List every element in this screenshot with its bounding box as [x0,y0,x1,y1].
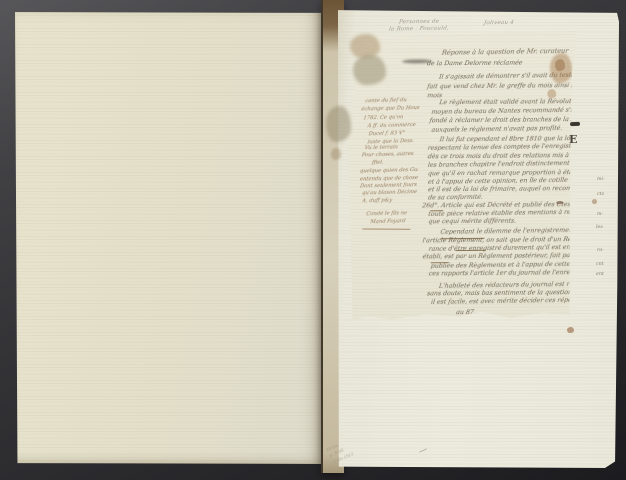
pencil-annotation: Joliveau 4 [483,20,514,27]
foxing-stain [326,106,351,142]
pencil-annotation: la Rome . Foucauld, [388,25,449,32]
text-fragment: les [596,225,603,230]
manuscript-line: et il est de la loi de frimaire, auquel … [428,185,594,193]
margin-note: ffiel. [371,160,384,166]
margin-note: 1782. Ce qu'on [363,114,404,121]
foxing-stain [350,34,380,58]
ink-speck [556,201,563,204]
foxing-stain [353,55,386,85]
manuscript-line: établi, est par un Règlement postérieur,… [422,252,581,260]
left-page [15,12,322,464]
text-fragment: cts [597,192,604,197]
margin-note: Mand Foyard [370,218,406,225]
edge-letter: E [569,133,577,146]
ink-underline [431,262,449,263]
foxing-stain [592,199,597,204]
manuscript-line: Le règlement était validé avant la Révol… [439,98,593,106]
manuscript-line: de sa conformité. [428,194,484,202]
text-fragment: mi- [597,177,605,182]
manuscript-line: fait que vend chez Mr. le greffe du mois… [427,82,583,90]
margin-note: Ducel f. 83 V° [368,130,405,137]
ink-underline [430,210,443,211]
foxing-stain [331,148,341,160]
ink-stain [555,59,565,71]
paper-texture [15,12,322,464]
margin-note: A ff. du commerce [367,122,416,129]
edge-dash-mark [570,122,580,126]
text-fragment: ra- [597,248,604,253]
margin-note: cante du fief du [365,97,407,104]
ink-stain [547,89,556,98]
text-fragment: cnt [596,262,604,267]
margin-note: Condé le fils ne [366,210,408,217]
archival-scan: Personnes de la Rome . Foucauld, Jolivea… [0,0,626,480]
manuscript-line: de la Dame Delorme réclamée [427,59,523,67]
pencil-annotation: Personnes de [398,19,439,26]
margin-note: Vu le terrain [364,144,398,151]
manuscript-line: que cequi mérite différents. [428,218,517,226]
text-fragment: ent [596,272,604,277]
text-fragment: m- [597,212,603,217]
margin-note: A. duff p&y [362,197,393,204]
foxing-stain [567,327,574,333]
